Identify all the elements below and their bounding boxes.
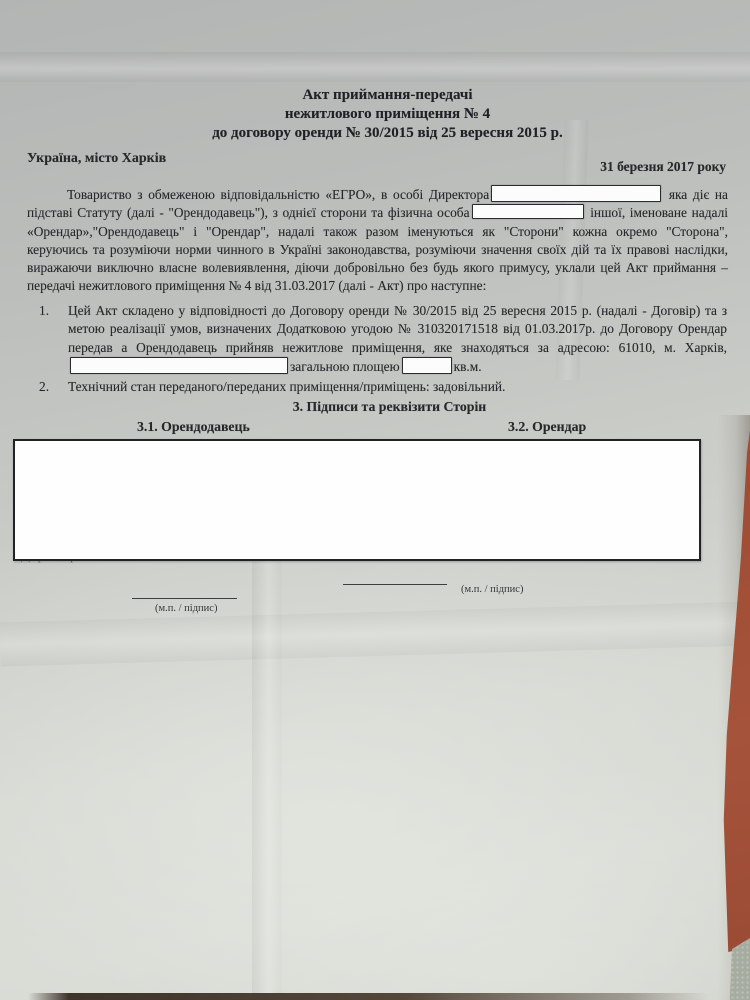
item-number: 2. [39,378,49,396]
redaction-box-address [70,357,288,374]
items-list: 1.Цей Акт складено у відповідності до До… [27,302,727,396]
item-1-text-2: загальною площею [290,359,400,374]
redaction-box-area [402,357,452,374]
section-3-1-label: 3.1. Орендодавець [137,419,250,435]
item-2-text: Технічний стан переданого/переданих прим… [68,379,505,394]
preamble-paragraph: Товариство з обмеженою відповідальністю … [27,185,728,296]
document-photo: Акт приймання-передачі нежитлового примі… [0,0,750,1000]
signature-line-left [132,598,237,599]
preamble-text-1: Товариство з обмеженою відповідальністю … [67,187,489,202]
title-line-3: до договору оренди № 30/2015 від 25 вере… [25,124,750,143]
title-line-1: Акт приймання-передачі [25,86,750,105]
document-date: 31 березня 2017 року [600,159,726,175]
item-1-text-1: Цей Акт складено у відповідності до Дого… [68,303,727,355]
section-3-2-label: 3.2. Орендар [508,419,586,435]
redaction-box-director-name [491,185,661,202]
stamp-caption-left: (м.п. / підпис) [155,603,217,614]
item-1-text-3: кв.м. [454,359,482,374]
section-3-heading: 3. Підписи та реквізити Сторін [27,399,750,415]
stamp-caption-right: (м.п. / підпис) [461,584,523,595]
redaction-box-person-name [472,204,584,219]
redaction-box-signatures [13,439,701,561]
paper-bottom-edge-shadow [28,993,710,1000]
list-item-1: 1.Цей Акт складено у відповідності до До… [27,302,727,376]
document-title: Акт приймання-передачі нежитлового примі… [25,86,750,143]
title-line-2: нежитлового приміщення № 4 [25,105,750,124]
item-number: 1. [39,302,49,320]
signature-line-right [343,584,447,585]
list-item-2: 2.Технічний стан переданого/переданих пр… [27,378,727,396]
document-place: Україна, місто Харків [27,151,166,167]
